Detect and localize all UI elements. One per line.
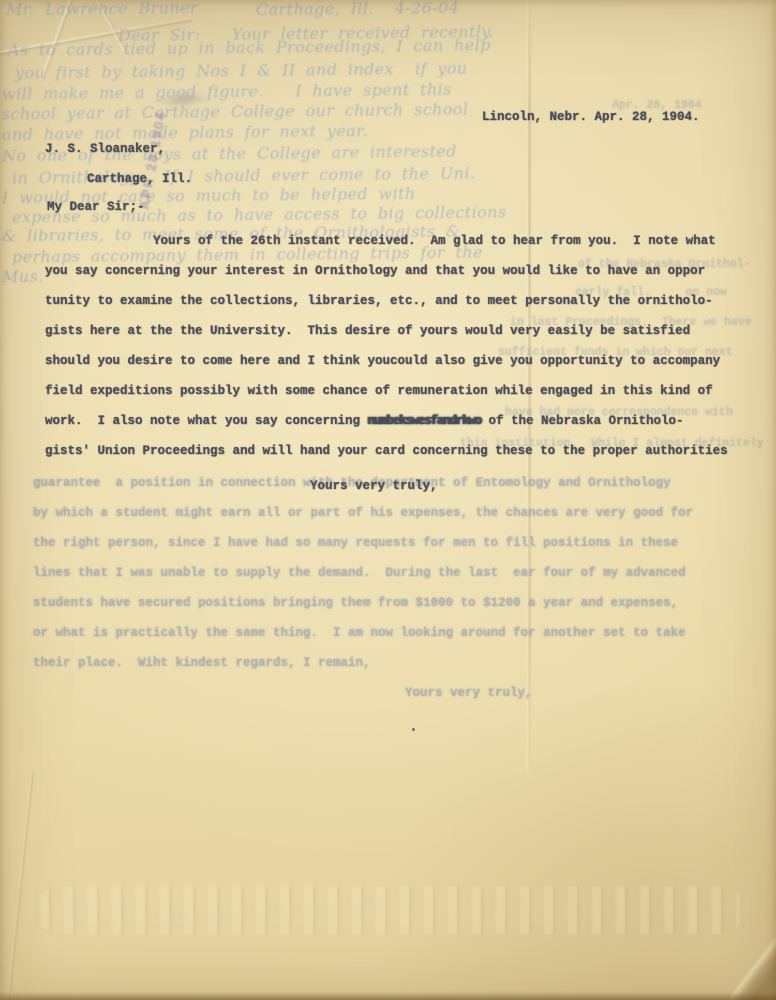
overtyped-text: numbekswesfandrkwo: [368, 414, 481, 428]
typed-body-line: should you desire to come here and I thi…: [45, 354, 720, 368]
typed-letter-layer: Lincoln, Nebr. Apr. 28, 1904. J. S. Sloa…: [0, 0, 776, 1000]
recipient-line: J. S. Sloanaker,: [45, 142, 165, 156]
dateline: Lincoln, Nebr. Apr. 28, 1904.: [482, 110, 700, 124]
typed-body-line: gists' Union Proceedings and will hand y…: [45, 444, 728, 458]
typed-body-line: gists here at the the University. This d…: [45, 324, 690, 338]
scanned-letter-page: Mr. Lawrence BrunerCarthage, Ill. 4-26-0…: [0, 0, 776, 1000]
salutation: My Dear Sir;-: [47, 200, 145, 214]
recipient-line: Carthage, Ill.: [87, 172, 192, 186]
typed-body-line: field expeditions possibly with some cha…: [45, 384, 713, 398]
typed-signoff: Yours very truly,: [310, 479, 438, 493]
typed-body-line: you say concerning your interest in Orni…: [45, 264, 705, 278]
typed-body-line: Yours of the 26th instant received. Am g…: [153, 234, 716, 248]
typed-body-line: tunity to examine the collections, libra…: [45, 294, 713, 308]
typed-body-line: work. I also note what you say concernin…: [45, 414, 684, 428]
